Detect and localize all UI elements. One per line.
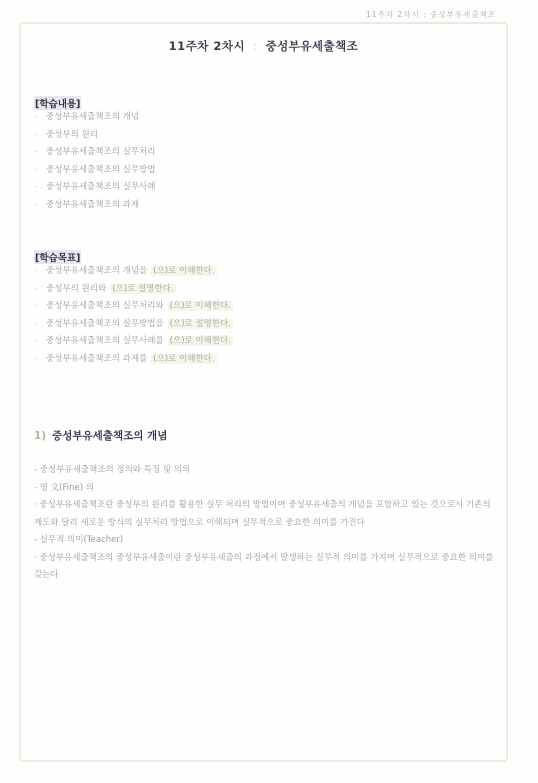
page-title: 11주차 2차시:중성부유세출책조 <box>21 38 506 54</box>
list-item: -중성부유세출책조의 실무방법을(으)로 설명한다. <box>34 316 233 334</box>
chapter-number: 1) <box>34 430 46 442</box>
learning-goals-label: [학습목표] <box>34 250 81 264</box>
learning-goals-list: -중성부유세출책조의 개념을(으)로 이해한다. -중성부의 원리와(으)로 설… <box>34 263 233 368</box>
chapter-body: - 중성부유세출책조의 정의와 특징 및 의의 - 영 文(Fine) 의 · … <box>34 462 494 585</box>
list-item: -중성부유세출책조의 개념을(으)로 이해한다. <box>34 263 233 281</box>
body-paragraph: · 중성부유세출책조란 중성부의 원리를 활용한 실무 처리의 방법이며 중성부… <box>34 497 494 532</box>
list-item: -중성부유세출책조의 실무사례를(으)로 이해한다. <box>34 333 233 351</box>
list-item: -중성부의 원리 <box>34 127 155 145</box>
bullet-dash-icon: - <box>34 263 46 281</box>
learning-content-label: [학습내용] <box>34 96 81 110</box>
list-item: -중성부유세출책조의 실무방법 <box>34 162 155 180</box>
bullet-dash-icon: - <box>34 351 46 369</box>
list-item: -중성부유세출책조의 실무사례 <box>34 179 155 197</box>
list-item: -중성부유세출책조의 과제를(으)로 이해한다. <box>34 351 233 369</box>
document-frame: 11주차 2차시:중성부유세출책조 [학습내용] -중성부유세출책조의 개념 -… <box>19 22 508 762</box>
learning-content-list: -중성부유세출책조의 개념 -중성부의 원리 -중성부유세출책조의 실무처리 -… <box>34 109 155 214</box>
body-line: - 영 文(Fine) 의 <box>34 480 494 498</box>
bullet-dash-icon: - <box>34 281 46 299</box>
bullet-dash-icon: - <box>34 179 46 197</box>
list-item: -중성부의 원리와(으)로 설명한다. <box>34 281 233 299</box>
title-prefix: 11주차 2차시 <box>169 39 245 53</box>
bullet-dash-icon: - <box>34 197 46 215</box>
bullet-dash-icon: - <box>34 127 46 145</box>
list-item: -중성부유세출책조의 실무처리 <box>34 144 155 162</box>
bullet-dash-icon: - <box>34 144 46 162</box>
list-item: -중성부유세출책조의 개념 <box>34 109 155 127</box>
bullet-dash-icon: - <box>34 333 46 351</box>
chapter-title: 중성부유세출책조의 개념 <box>52 430 167 442</box>
body-line: - 실무적 의미(Teacher) <box>34 532 494 550</box>
bullet-dash-icon: - <box>34 316 46 334</box>
list-item: -중성부유세출책조의 과제 <box>34 197 155 215</box>
body-paragraph: · 중성부유세출책조의 중성부유세출이란 중성부유세출의 과정에서 발생하는 실… <box>34 550 494 585</box>
title-separator: : <box>253 39 257 53</box>
bullet-dash-icon: - <box>34 162 46 180</box>
running-header: 11주차 2차시 : 중성부유세출책조 <box>366 9 496 20</box>
bullet-dash-icon: - <box>34 109 46 127</box>
bullet-dash-icon: - <box>34 298 46 316</box>
list-item: -중성부유세출책조의 실무처리와(으)로 이해한다. <box>34 298 233 316</box>
body-line: - 중성부유세출책조의 정의와 특징 및 의의 <box>34 462 494 480</box>
title-topic: 중성부유세출책조 <box>265 39 358 53</box>
chapter-heading: 1)중성부유세출책조의 개념 <box>34 428 167 443</box>
